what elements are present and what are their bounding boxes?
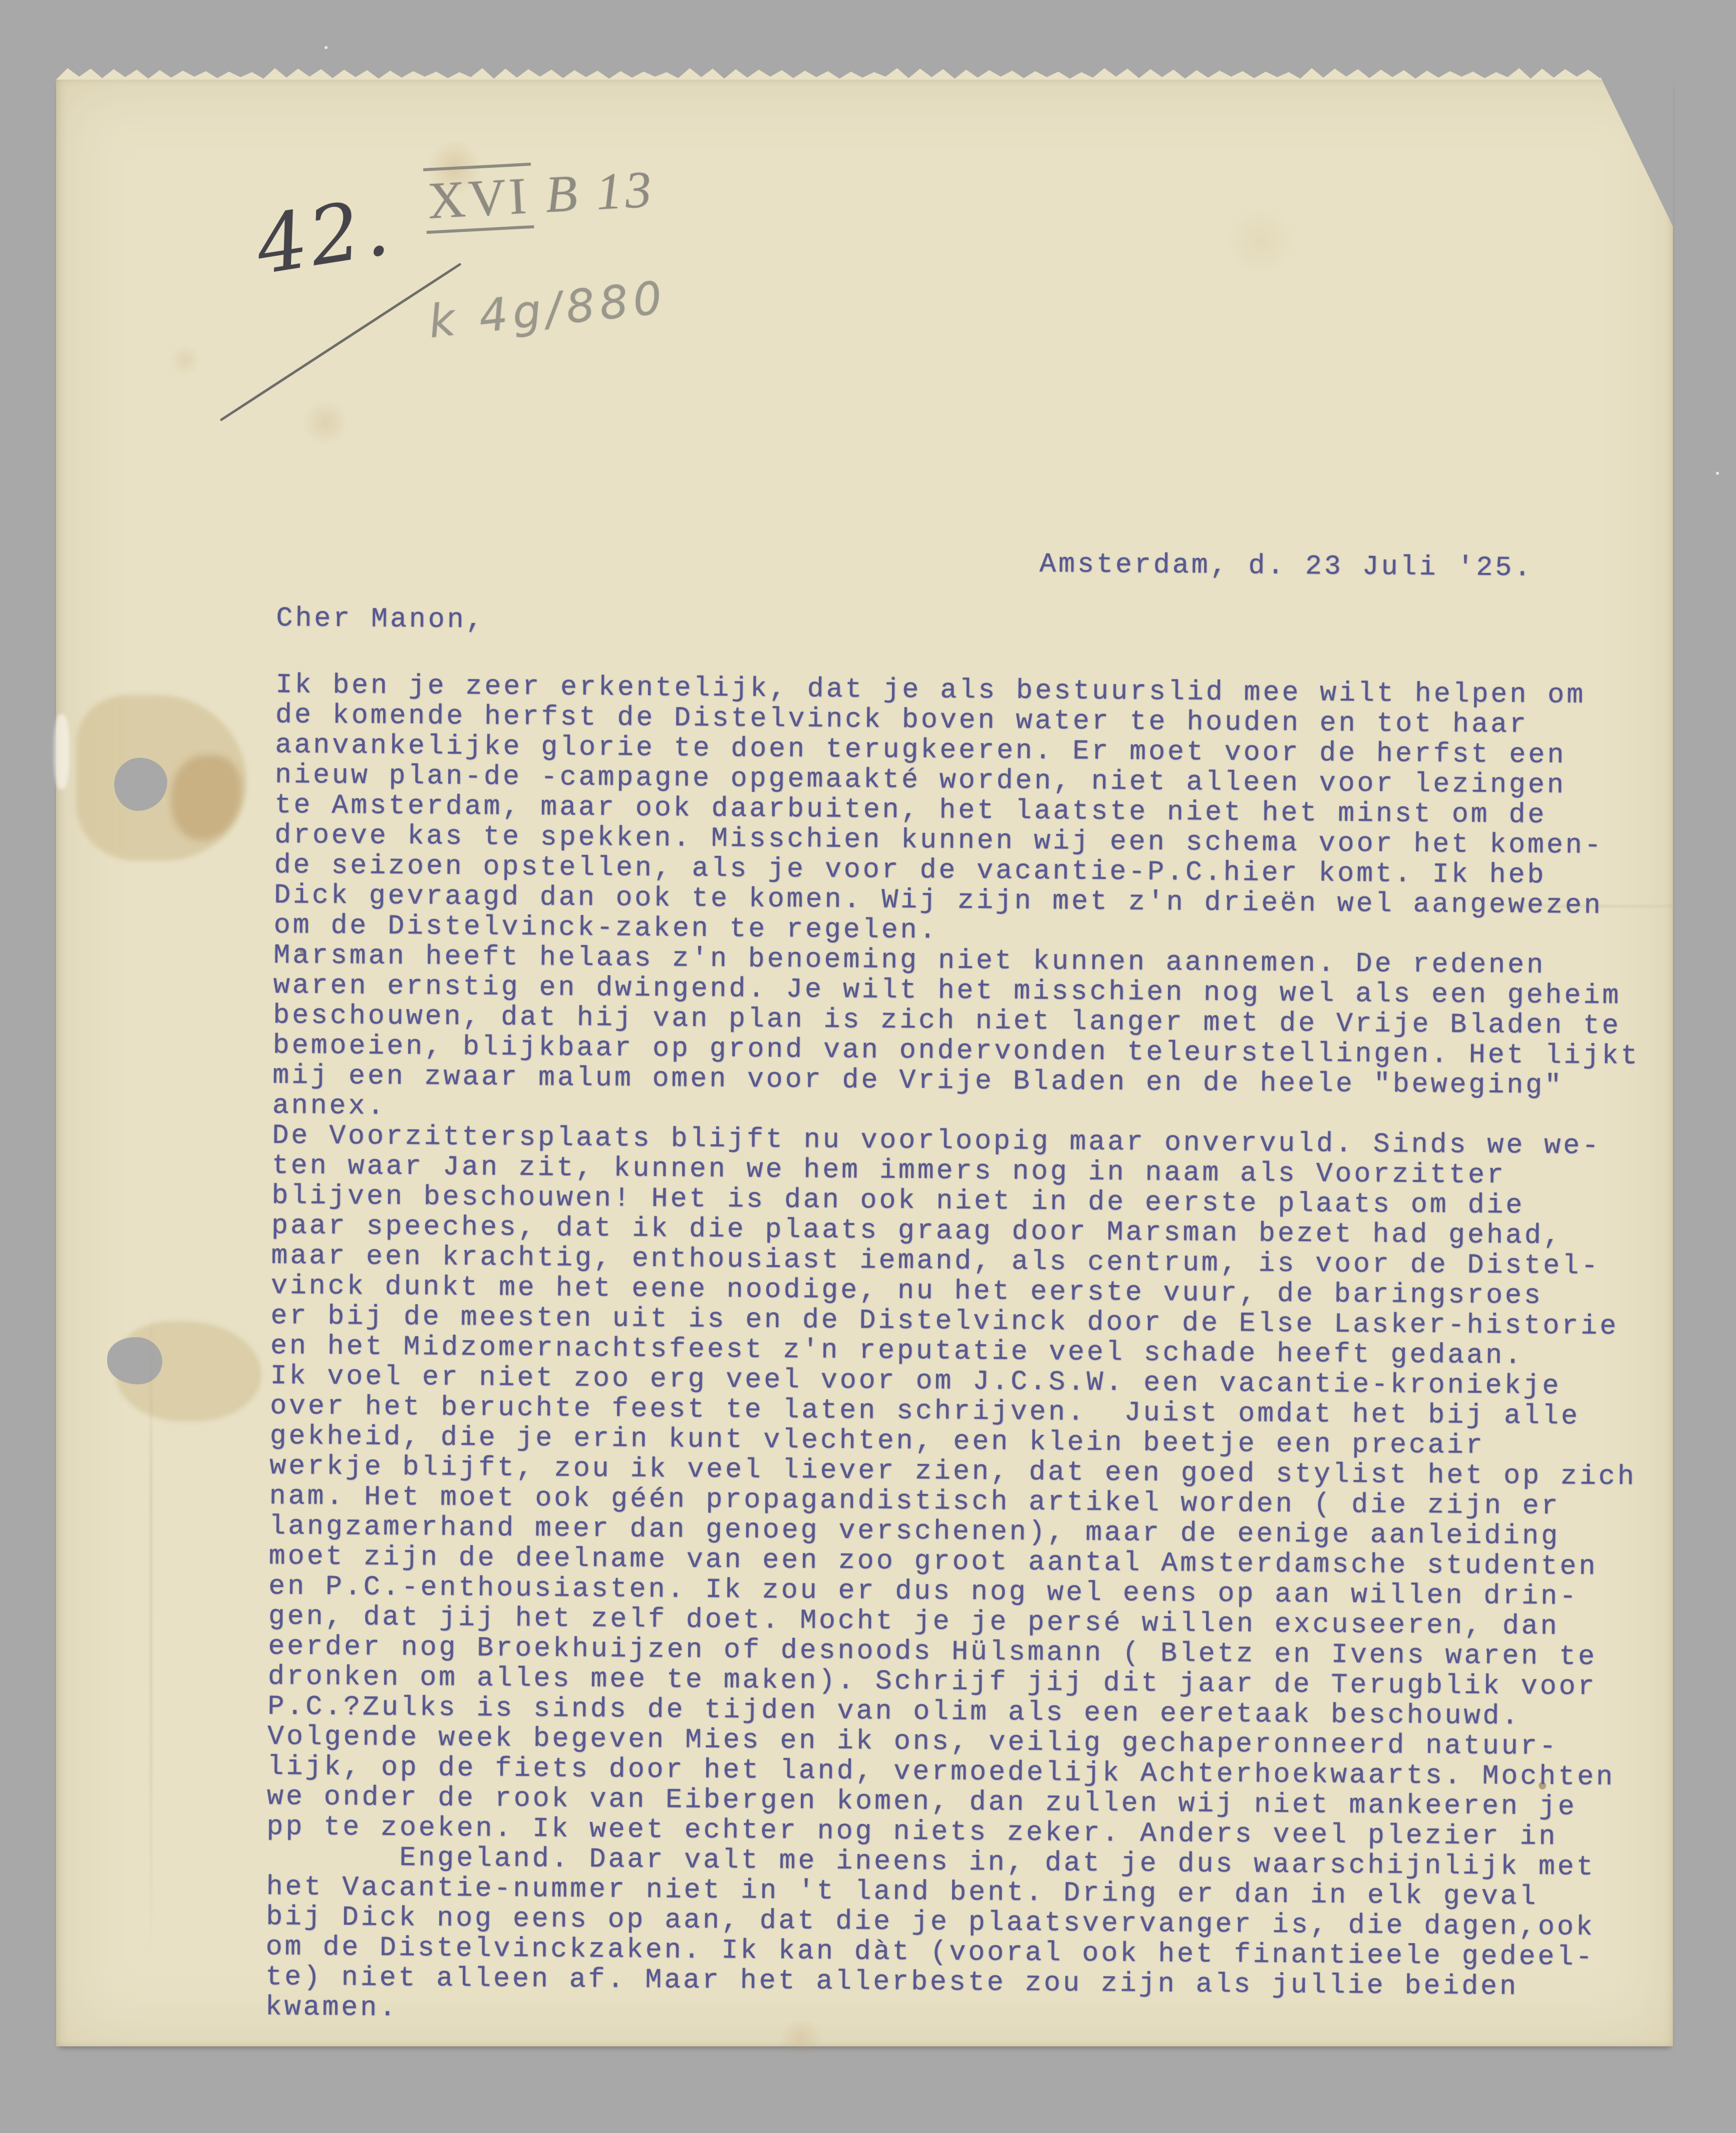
- letter-body: Ik ben je zeer erkentelijk, dat je als b…: [265, 670, 1642, 2033]
- scan-background: { "annotations": { "archive_number": "42…: [0, 0, 1736, 2133]
- deckle-edge: [56, 68, 1673, 80]
- typed-text-layer: Amsterdam, d. 23 Juli '25. Cher Manon, I…: [45, 78, 1677, 2057]
- salutation: Cher Manon,: [276, 603, 485, 635]
- dust-speck: [325, 46, 328, 49]
- dateline: Amsterdam, d. 23 Juli '25.: [1039, 549, 1533, 583]
- letter-page: 42. XVIB 13 k 4g/880 Amsterdam, d. 23 Ju…: [56, 79, 1673, 2046]
- dust-speck: [1716, 472, 1719, 475]
